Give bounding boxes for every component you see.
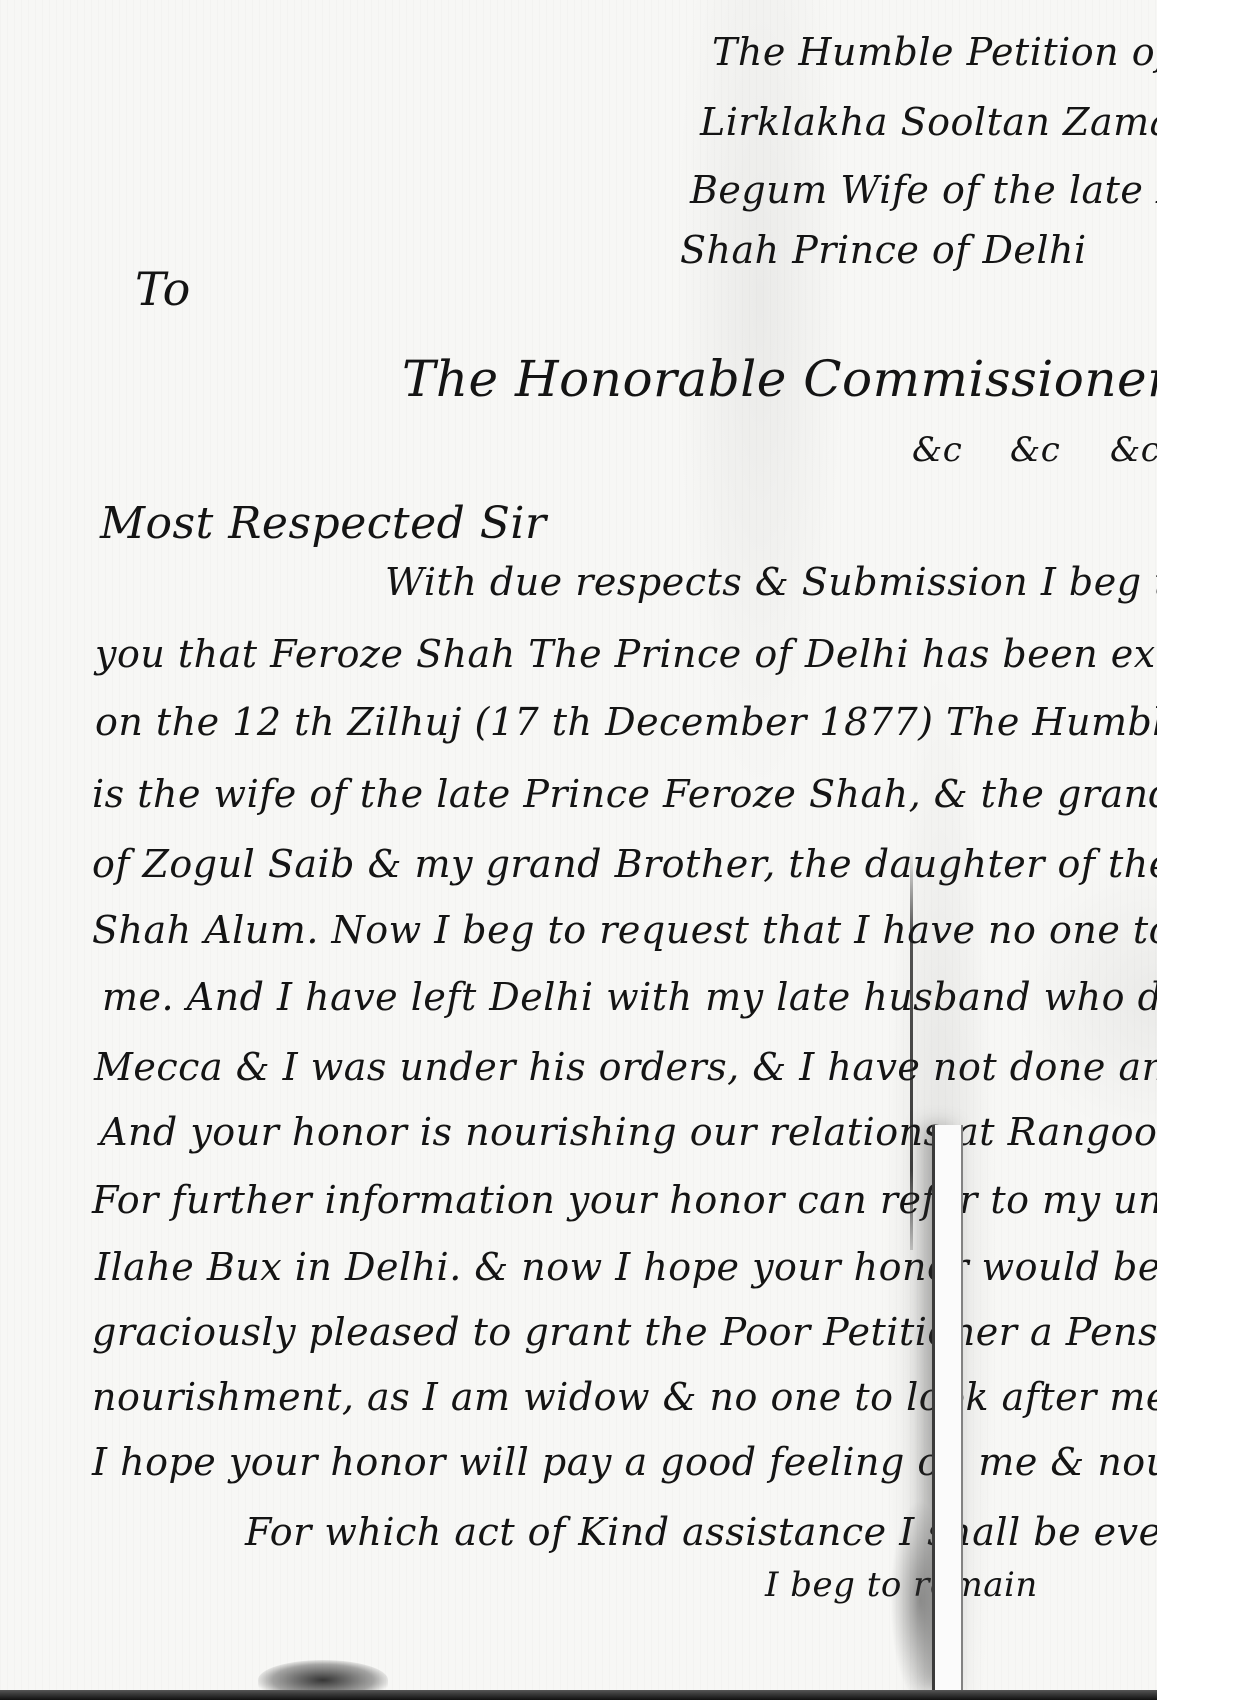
header-line-1: The Humble Petition of Nabob [712, 30, 1157, 74]
body-line: is the wife of the late Prince Feroze Sh… [92, 772, 1157, 816]
etc-1: &c [912, 430, 962, 470]
body-line: And your honor is nourishing our relatio… [100, 1110, 1157, 1154]
header-line-4: Shah Prince of Delhi [680, 228, 1087, 272]
etc-2: &c [1010, 430, 1060, 470]
body-line: me. And I have left Delhi with my late h… [102, 975, 1157, 1019]
header-line-3: Begum Wife of the late Feroze [690, 168, 1157, 212]
scanned-letter-page: The Humble Petition of Nabob Lirklakha S… [0, 0, 1157, 1700]
body-line: With due respects & Submission I beg to … [385, 560, 1157, 604]
addressee: The Honorable Commissioner of Lahore [402, 350, 1157, 408]
body-line: on the 12 th Zilhuj (17 th December 1877… [95, 700, 1157, 744]
paper-tear-strip [932, 1125, 963, 1690]
paper-fold-line [910, 850, 913, 1250]
body-line: For which act of Kind assistance I shall… [245, 1510, 1157, 1554]
body-line: I hope your honor will pay a good feelin… [92, 1440, 1157, 1484]
body-line: graciously pleased to grant the Poor Pet… [92, 1310, 1157, 1354]
header-line-2: Lirklakha Sooltan Zamani [700, 100, 1157, 144]
body-line: of Zogul Saib & my grand Brother, the da… [92, 842, 1157, 886]
to-label: To [135, 262, 191, 316]
body-line: For further information your honor can r… [92, 1178, 1157, 1222]
etc-3: &c [1110, 430, 1157, 470]
body-line: Ilahe Bux in Delhi. & now I hope your ho… [95, 1245, 1157, 1289]
body-line: nourishment, as I am widow & no one to l… [92, 1375, 1157, 1419]
image-margin [1157, 0, 1254, 1700]
body-line: Mecca & I was under his orders, & I have… [94, 1045, 1157, 1089]
scan-edge-bar [0, 1690, 1157, 1700]
body-line: you that Feroze Shah The Prince of Delhi… [95, 632, 1157, 676]
salutation: Most Respected Sir [100, 498, 547, 549]
body-line: Shah Alum. Now I beg to request that I h… [92, 908, 1157, 952]
